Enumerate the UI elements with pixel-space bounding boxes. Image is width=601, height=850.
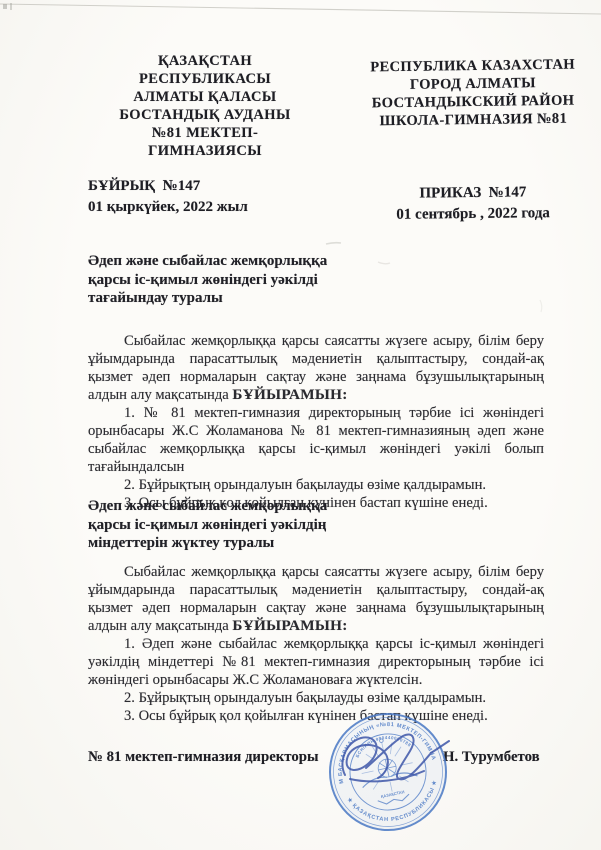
section2-item-2: 2. Бұйрықтың орындалуын бақылауды өзіме … <box>88 689 544 707</box>
letterhead-kk-line: РЕСПУБЛИКАСЫ <box>95 70 315 88</box>
section2-title-line: міндеттерін жүктеу туралы <box>88 534 398 553</box>
section2-title-line: қарсы іс-қимыл жөніндегі уәкілдің <box>88 516 398 535</box>
order-number-kazakh: БҰЙРЫҚ №147 01 қыркүйек, 2022 жыл <box>88 176 248 218</box>
section1-item-2: 2. Бұйрықтың орындалуын бақылауды өзіме … <box>88 476 544 494</box>
order-ru-number: ПРИКАЗ №147 <box>352 182 594 206</box>
section1-intro-paragraph: Сыбайлас жемқорлыққа қарсы саясатты жүзе… <box>88 332 544 404</box>
order-number-russian: ПРИКАЗ №147 01 сентябрь , 2022 года <box>352 182 594 227</box>
letterhead-kazakh: ҚАЗАҚСТАН РЕСПУБЛИКАСЫ АЛМАТЫ ҚАЛАСЫ БОС… <box>95 52 315 160</box>
section1-body: Сыбайлас жемқорлыққа қарсы саясатты жүзе… <box>88 332 544 512</box>
order-ru-date: 01 сентябрь , 2022 года <box>352 203 594 227</box>
director-title-label: № 81 мектеп-гимназия директоры <box>88 749 319 766</box>
section1-title-line: Әдеп және сыбайлас жемқорлыққа <box>88 252 398 271</box>
section1-item-1: 1. № 81 мектеп-гимназия директорының тәр… <box>88 404 544 476</box>
letterhead-kk-line: №81 МЕКТЕП-ГИМНАЗИЯСЫ <box>95 124 315 160</box>
section1-title: Әдеп және сыбайлас жемқорлыққа қарсы іс-… <box>88 252 398 308</box>
section2-item-3: 3. Осы бұйрық қол қойылған күнінен баста… <box>88 707 544 725</box>
section2-title: Әдеп және сыбайлас жемқорлыққа қарсы іс-… <box>88 497 398 553</box>
section2-title-line: Әдеп және сыбайлас жемқорлыққа <box>88 497 398 516</box>
letterhead-ru-line: РЕСПУБЛИКА КАЗАХСТАН <box>348 55 598 76</box>
letterhead-kk-line: БОСТАНДЫҚ АУДАНЫ <box>95 106 315 124</box>
order-kk-number: БҰЙРЫҚ №147 <box>88 176 248 197</box>
section2-order-word: БҰЙЫРАМЫН: <box>232 617 347 634</box>
letterhead-ru-line: ШКОЛА-ГИМНАЗИЯ №81 <box>348 109 598 130</box>
section1-title-line: тағайындау туралы <box>88 289 398 308</box>
order-kk-date: 01 қыркүйек, 2022 жыл <box>88 197 248 218</box>
letterhead-kk-line: АЛМАТЫ ҚАЛАСЫ <box>95 88 315 106</box>
section1-order-word: БҰЙЫРАМЫН: <box>232 386 347 403</box>
section2-intro-paragraph: Сыбайлас жемқорлыққа қарсы саясатты жүзе… <box>88 563 544 635</box>
official-stamp: БІЛІМ БАСҚАРМАСЫНЫҢ «№81 МЕКТЕП-ГИМНАЗИЯ… <box>318 710 458 842</box>
document-page: ҚАЗАҚСТАН РЕСПУБЛИКАСЫ АЛМАТЫ ҚАЛАСЫ БОС… <box>0 0 601 850</box>
section2-item-1: 1. Әдеп және сыбайлас жемқорлыққа қарсы … <box>88 635 544 689</box>
letterhead-kk-line: ҚАЗАҚСТАН <box>95 52 315 70</box>
letterhead-russian: РЕСПУБЛИКА КАЗАХСТАН ГОРОД АЛМАТЫ БОСТАН… <box>348 55 599 130</box>
section2-body: Сыбайлас жемқорлыққа қарсы саясатты жүзе… <box>88 563 544 725</box>
section1-title-line: қарсы іс-қимыл жөніндегі уәкілді <box>88 271 398 290</box>
